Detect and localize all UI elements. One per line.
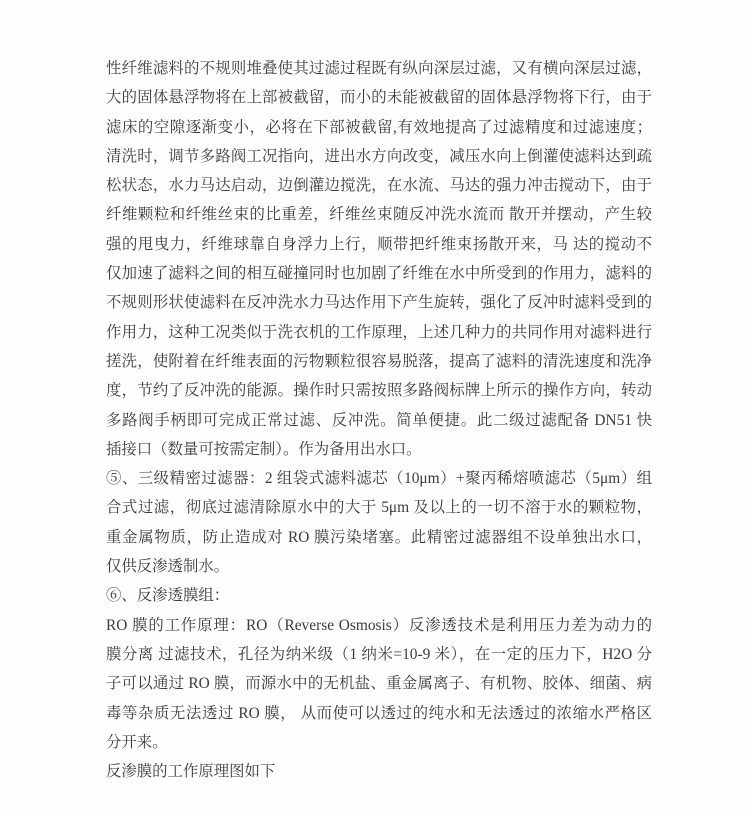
text-line: 度，节约了反冲洗的能源。操作时只需按照多路阀标牌上所示的操作方向，转动 <box>106 376 652 405</box>
text-line: 纤维颗粒和纤维丝束的比重差，纤维丝束随反冲洗水流而 散开并摆动，产生较 <box>106 200 652 229</box>
text-line: 大的固体悬浮物将在上部被截留，而小的未能被截留的固体悬浮物将下行，由于 <box>106 83 652 112</box>
document-text-block: 性纤维滤料的不规则堆叠使其过滤过程既有纵向深层过滤，又有横向深层过滤， 大的固体… <box>106 54 652 786</box>
text-line: 搓洗，使附着在纤维表面的污物颗粒很容易脱落，提高了滤料的清洗速度和洗净 <box>106 347 652 376</box>
text-line: 多路阀手柄即可完成正常过滤、反冲洗。简单便捷。此二级过滤配备 DN51 快 <box>106 406 652 435</box>
text-line-caption-intro: 反渗膜的工作原理图如下 <box>106 757 652 786</box>
text-line: 强的甩曳力，纤维球靠自身浮力上行，顺带把纤维束扬散开来，马 达的搅动不 <box>106 230 652 259</box>
text-line-paragraph-end: 仅供反渗透制水。 <box>106 552 652 581</box>
text-line: 不规则形状使滤料在反冲洗水力马达作用下产生旋转，强化了反冲时滤料受到的 <box>106 288 652 317</box>
text-line: RO 膜的工作原理：RO（Reverse Osmosis）反渗透技术是利用压力差… <box>106 611 652 640</box>
text-line: 合式过滤，彻底过滤清除原水中的大于 5μm 及以上的一切不溶于水的颗粒物， <box>106 493 652 522</box>
text-line: 滤床的空隙逐渐变小，必将在下部被截留,有效地提高了过滤精度和过滤速度； <box>106 113 652 142</box>
text-line: 清洗时，调节多路阀工况指向，进出水方向改变，减压水向上倒灌使滤料达到疏 <box>106 142 652 171</box>
text-line: 膜分离 过滤技术，孔径为纳米级（1 纳米=10-9 米），在一定的压力下，H2O… <box>106 640 652 669</box>
text-line-paragraph-end: 插接口（数量可按需定制）。作为备用出水口。 <box>106 435 652 464</box>
text-line-paragraph-end: 分开来。 <box>106 728 652 757</box>
text-line: 子可以通过 RO 膜，而源水中的无机盐、重金属离子、有机物、胶体、细菌、病 <box>106 669 652 698</box>
document-page: 性纤维滤料的不规则堆叠使其过滤过程既有纵向深层过滤，又有横向深层过滤， 大的固体… <box>0 0 750 817</box>
text-line: 仅加速了滤料之间的相互碰撞同时也加剧了纤维在水中所受到的作用力，滤料的 <box>106 259 652 288</box>
text-line: 性纤维滤料的不规则堆叠使其过滤过程既有纵向深层过滤，又有横向深层过滤， <box>106 54 652 83</box>
text-line: 重金属物质，防止造成对 RO 膜污染堵塞。此精密过滤器组不设单独出水口， <box>106 523 652 552</box>
text-line: 松状态，水力马达启动，边倒灌边搅洗，在水流、马达的强力冲击搅动下，由于 <box>106 171 652 200</box>
text-line-item-5: ⑤、三级精密过滤器：2 组袋式滤料滤芯（10μm）+聚丙稀熔喷滤芯（5μm）组 <box>106 464 652 493</box>
text-line: 毒等杂质无法透过 RO 膜， 从而使可以透过的纯水和无法透过的浓缩水严格区 <box>106 699 652 728</box>
text-line-item-6: ⑥、反渗透膜组： <box>106 581 652 610</box>
text-line: 作用力，这种工况类似于洗衣机的工作原理，上述几种力的共同作用对滤料进行 <box>106 318 652 347</box>
